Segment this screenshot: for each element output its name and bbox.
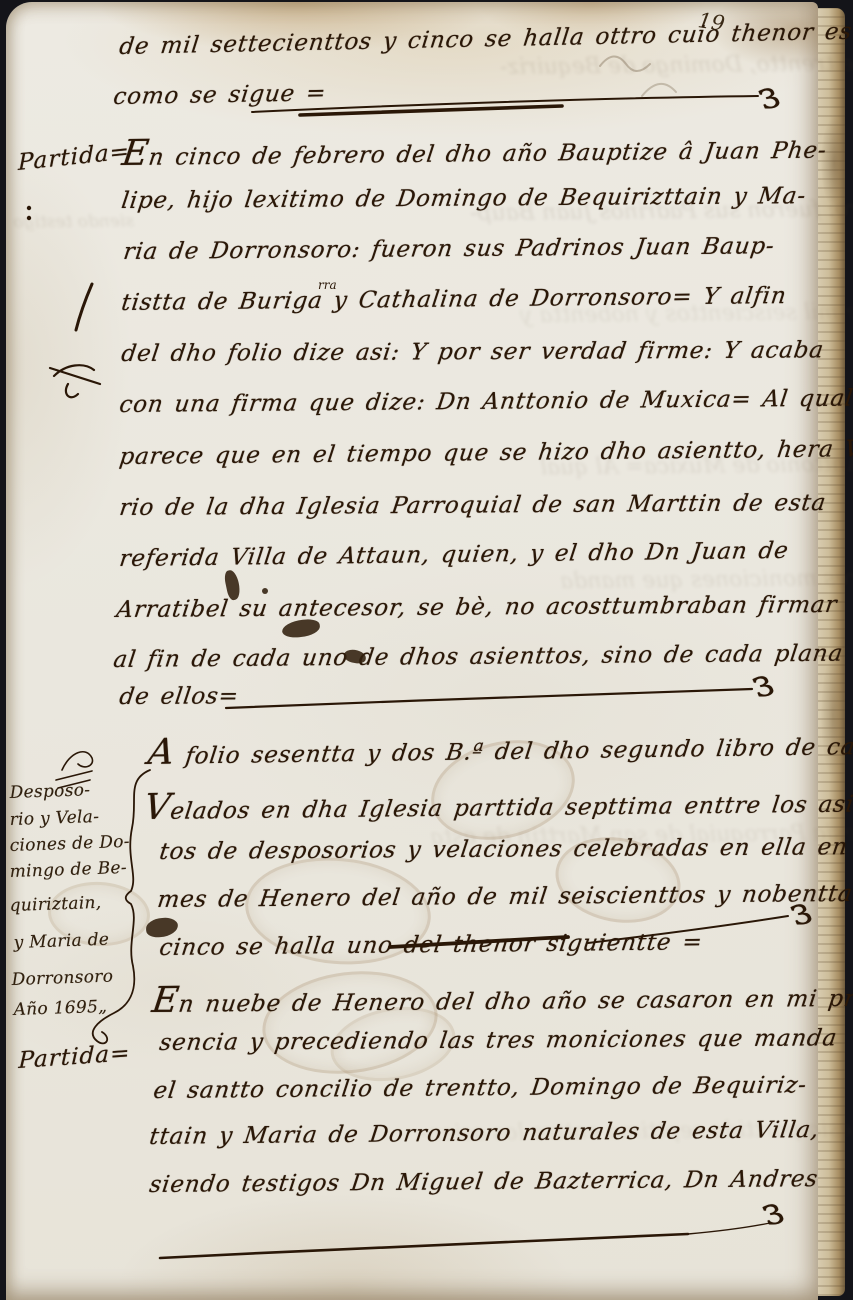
manuscript-line: de ellos= [118,685,240,709]
margin-note-line: mingo de Be- [9,858,127,882]
manuscript-line: el santto concilio de trentto, Domingo d… [152,1074,808,1103]
manuscript-line: Velados en dha Iglesia parttida septtima… [142,782,853,825]
manuscript-line: sencia y precediendo las tres moniciones… [158,1027,839,1055]
heading-line: como se sigue = [112,82,328,109]
margin-note-line: quiriztain, [9,893,102,916]
bleed-through-text: siendo testigos Dn Miguel de Bazterrica,… [14,211,134,232]
superscript-correction: rra [318,278,337,292]
manuscript-line: del dho folio dize asi: Y por ser verdad… [120,339,825,366]
manuscript-line: En nuebe de Henero del dho año se casaro… [150,977,853,1019]
margin-note-line: Dorronsoro [11,966,113,990]
bleed-through-text: el santto concilio de trentto, Domingo d… [500,49,853,80]
manuscript-line: mes de Henero del año de mil seiscientto… [156,883,853,912]
manuscript-line: lipe, hijo lexitimo de Domingo de Bequir… [120,185,807,213]
margin-note-line: Desposo- [9,780,90,803]
manuscript-line: rio de la dha Iglesia Parroquial de san … [118,492,828,520]
manuscript-line: ria de Dorronsoro: fueron sus Padrinos J… [122,235,776,264]
margin-note-line: ciones de Do- [9,832,130,856]
manuscript-line: siendo testigos Dn Miguel de Bazterrica,… [148,1168,819,1197]
ink-blot [262,588,268,594]
margin-note-line: y Maria de [13,930,109,953]
margin-note-line: Año 1695„ [13,997,107,1020]
manuscript-line: En cinco de febrero del dho año Bauptize… [120,129,829,172]
manuscript-scan: el santto concilio de trentto, Domingo d… [0,0,853,1300]
manuscript-line: cinco se halla uno del thenor siguientte… [158,931,704,960]
manuscript-line: Arratibel su antecesor, se bè, no acostt… [115,594,839,622]
margin-note-line: rio y Vela- [9,807,99,830]
manuscript-line: tos de desposorios y velaciones celebrad… [158,836,853,864]
